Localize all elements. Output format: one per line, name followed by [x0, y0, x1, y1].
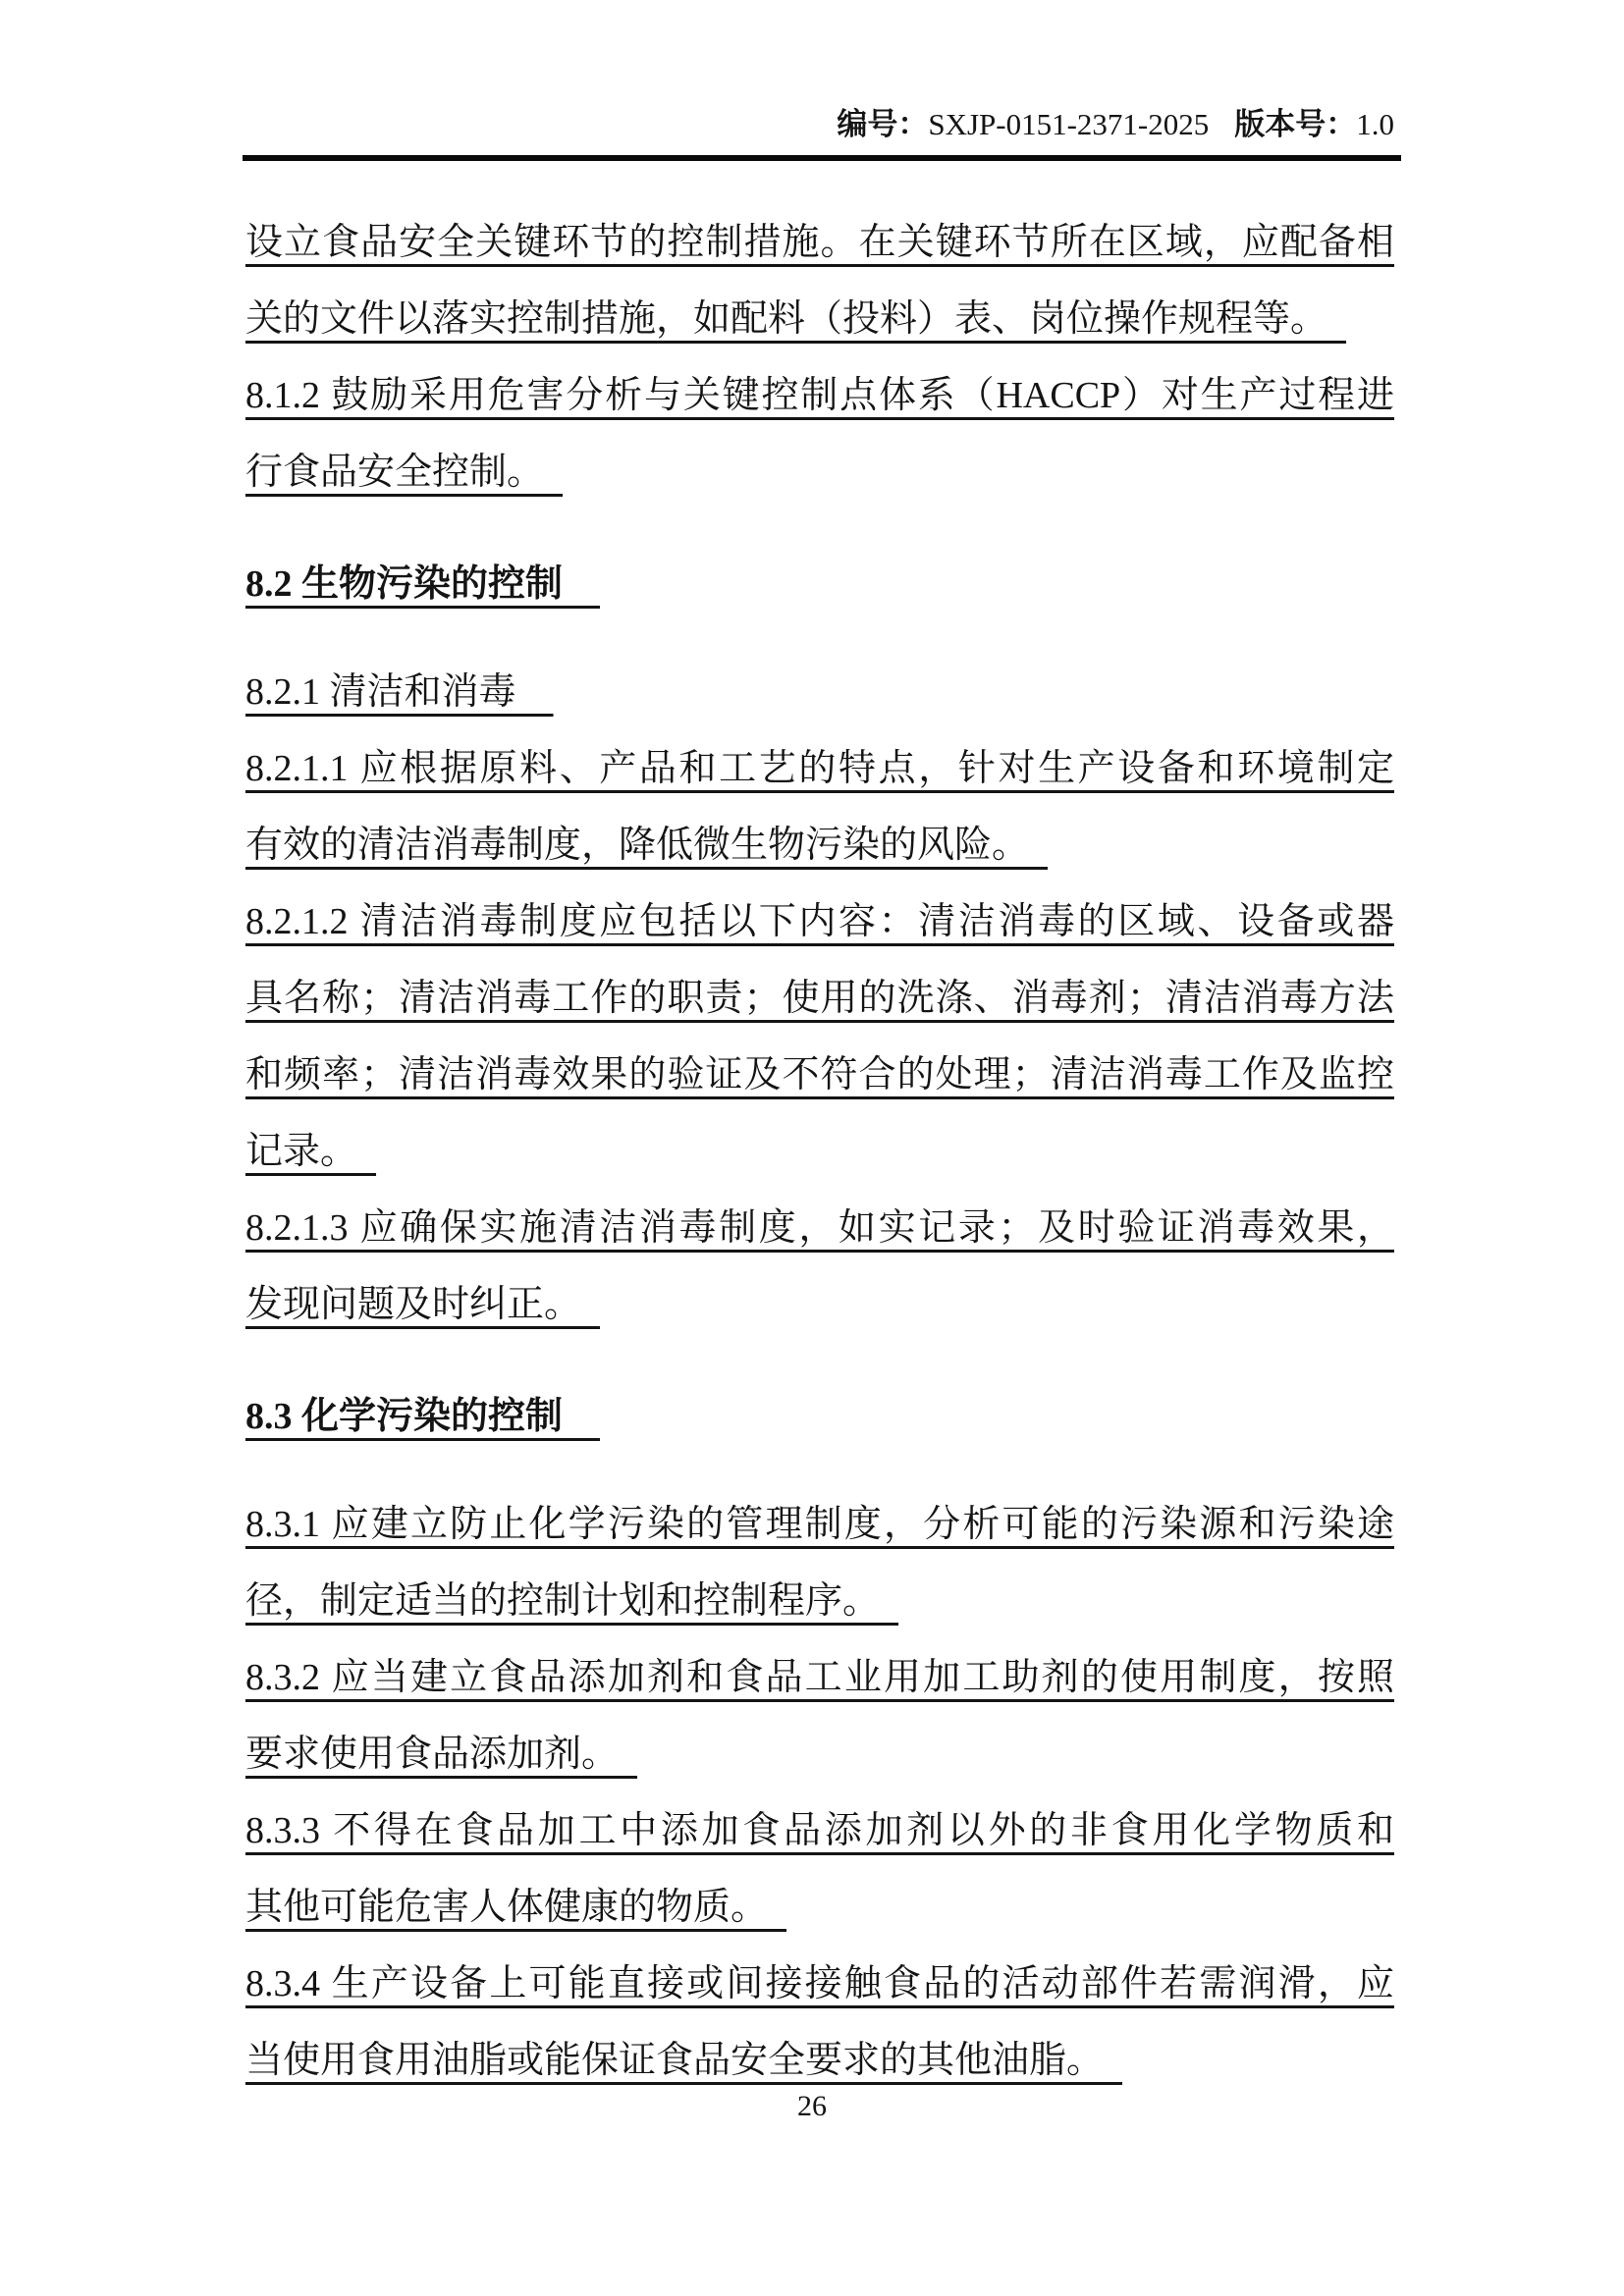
text-line-12: 记录。 [245, 1113, 1394, 1190]
text-line-08: 有效的清洁消毒制度，降低微生物污染的风险。 [245, 807, 1394, 883]
text-line-17: 径，制定适当的控制计划和控制程序。 [245, 1563, 1394, 1639]
text-line-16: 8.3.1 应建立防止化学污染的管理制度，分析可能的污染源和污染途 [245, 1486, 1394, 1563]
version-label: 版本号： [1234, 107, 1356, 141]
document-page: 编号：SXJP-0151-2371-2025版本号：1.0 设立食品安全关键环节… [0, 0, 1624, 2296]
doc-number-value: SXJP-0151-2371-2025 [928, 107, 1209, 141]
text-line-19: 要求使用食品添加剂。 [245, 1716, 1394, 1792]
text-line-14: 发现问题及时纠正。 [245, 1266, 1394, 1343]
text-line-09: 8.2.1.2 清洁消毒制度应包括以下内容：清洁消毒的区域、设备或器 [245, 883, 1394, 960]
text-line-13: 8.2.1.3 应确保实施清洁消毒制度，如实记录；及时验证消毒效果， [245, 1190, 1394, 1266]
text-line-01: 设立食品安全关键环节的控制措施。在关键环节所在区域，应配备相 [245, 204, 1394, 281]
document-body: 设立食品安全关键环节的控制措施。在关键环节所在区域，应配备相 关的文件以落实控制… [245, 204, 1394, 2099]
text-line-22: 8.3.4 生产设备上可能直接或间接接触食品的活动部件若需润滑，应 [245, 1946, 1394, 2022]
version-value: 1.0 [1356, 107, 1394, 141]
text-line-20: 8.3.3 不得在食品加工中添加食品添加剂以外的非食用化学物质和 [245, 1792, 1394, 1869]
text-line-03: 8.1.2 鼓励采用危害分析与关键控制点体系（HACCP）对生产过程进 [245, 357, 1394, 434]
text-line-18: 8.3.2 应当建立食品添加剂和食品工业用加工助剂的使用制度，按照 [245, 1639, 1394, 1716]
text-line-10: 具名称；清洁消毒工作的职责；使用的洗涤、消毒剂；清洁消毒方法 [245, 960, 1394, 1037]
subsection-title-8-2-1: 8.2.1 清洁和消毒 [245, 654, 1394, 730]
header-rule [243, 155, 1401, 161]
text-line-21: 其他可能危害人体健康的物质。 [245, 1869, 1394, 1946]
text-line-07: 8.2.1.1 应根据原料、产品和工艺的特点，针对生产设备和环境制定 [245, 730, 1394, 807]
text-line-11: 和频率；清洁消毒效果的验证及不符合的处理；清洁消毒工作及监控 [245, 1037, 1394, 1113]
text-line-04: 行食品安全控制。 [245, 434, 1394, 510]
doc-number-label: 编号： [837, 107, 928, 141]
section-heading-8-3: 8.3 化学污染的控制 [245, 1378, 1394, 1455]
page-number: 26 [0, 2085, 1624, 2128]
text-line-02: 关的文件以落实控制措施，如配料（投料）表、岗位操作规程等。 [245, 281, 1394, 357]
page-header: 编号：SXJP-0151-2371-2025版本号：1.0 [245, 102, 1394, 147]
section-heading-8-2: 8.2 生物污染的控制 [245, 546, 1394, 622]
